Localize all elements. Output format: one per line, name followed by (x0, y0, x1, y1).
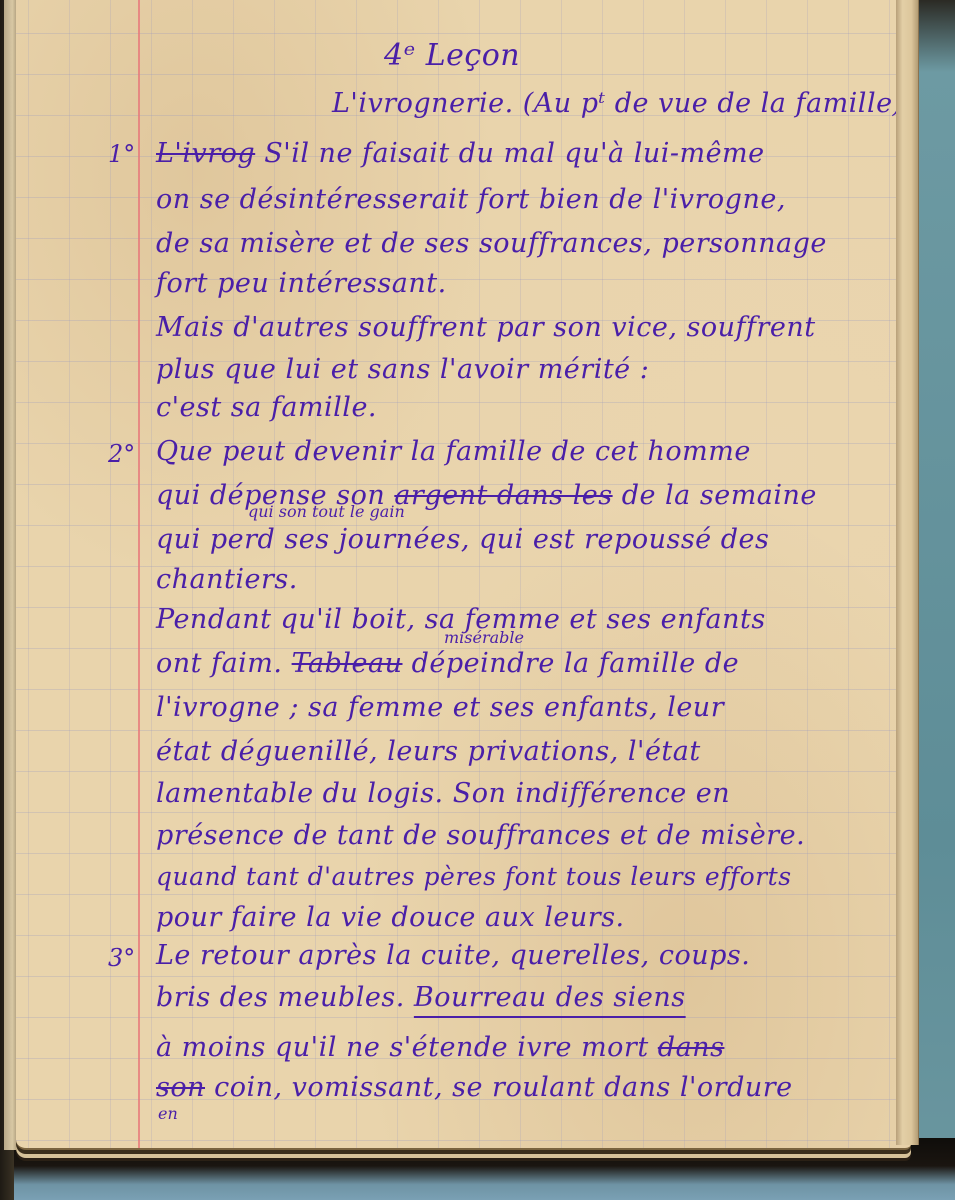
struck-word: L'ivrog (156, 138, 255, 169)
interlinear-insertion: misérable (444, 628, 524, 647)
text-line: fort peu intéressant. (156, 268, 447, 299)
text-line: présence de tant de souffrances et de mi… (156, 820, 805, 851)
underlined-phrase: Bourreau des siens (414, 982, 686, 1013)
text-line: qui perd ses journées, qui est repoussé … (156, 524, 769, 555)
text-line: L'ivrog S'il ne faisait du mal qu'à lui-… (156, 138, 765, 169)
text-line: bris des meubles. Bourreau des siens (156, 982, 686, 1013)
text-line: chantiers. (156, 564, 298, 595)
text-line: ont faim. Tableau dépeindre la famille d… (156, 648, 739, 679)
red-margin-line (138, 0, 140, 1148)
text-line: plus que lui et sans l'avoir mérité : (156, 354, 649, 385)
struck-word: dans (658, 1032, 725, 1063)
line-text: bris des meubles. (156, 982, 405, 1013)
line-text: à moins qu'il ne s'étende ivre mort (156, 1032, 649, 1063)
text-line: quand tant d'autres pères font tous leur… (156, 862, 792, 891)
interlinear-insertion: qui son tout le gain (248, 502, 405, 521)
line-text-after: de la semaine (622, 480, 817, 511)
text-line: son coin, vomissant, se roulant dans l'o… (156, 1072, 793, 1103)
struck-word: Tableau (292, 648, 403, 679)
page-fold-edge (896, 0, 919, 1145)
lesson-title: 4ᵉ Leçon (384, 38, 520, 73)
text-line: à moins qu'il ne s'étende ivre mort dans (156, 1032, 724, 1063)
section-number-2: 2° (108, 440, 135, 468)
text-line: état déguenillé, leurs privations, l'éta… (156, 736, 701, 767)
line-text: S'il ne faisait du mal qu'à lui-même (264, 138, 764, 169)
section-number-3: 3° (108, 944, 135, 972)
interlinear-insertion: en (158, 1104, 178, 1123)
table-surface-right (917, 0, 955, 1200)
struck-word: son (156, 1072, 205, 1103)
line-text: ont faim. (156, 648, 283, 679)
text-line: pour faire la vie douce aux leurs. (156, 902, 625, 933)
line-text: coin, vomissant, se roulant dans l'ordur… (214, 1072, 793, 1103)
line-text-after: dépeindre la famille de (412, 648, 740, 679)
text-line: lamentable du logis. Son indifférence en (156, 778, 730, 809)
lesson-subtitle: L'ivrognerie. (Au pᵗ de vue de la famill… (332, 88, 904, 119)
text-line: c'est sa famille. (156, 392, 377, 423)
grid-ruling (16, 0, 911, 1148)
text-line: on se désintéresserait fort bien de l'iv… (156, 184, 786, 215)
notebook-page: 4ᵉ Leçon L'ivrognerie. (Au pᵗ de vue de … (16, 0, 911, 1150)
text-line: l'ivrogne ; sa femme et ses enfants, leu… (156, 692, 724, 723)
text-line: Mais d'autres souffrent par son vice, so… (156, 312, 816, 343)
struck-words: argent dans les (394, 480, 612, 511)
section-number-1: 1° (108, 140, 135, 168)
text-line: Que peut devenir la famille de cet homme (156, 436, 751, 467)
text-line: de sa misère et de ses souffrances, pers… (156, 228, 827, 259)
text-line: Le retour après la cuite, querelles, cou… (156, 940, 750, 971)
